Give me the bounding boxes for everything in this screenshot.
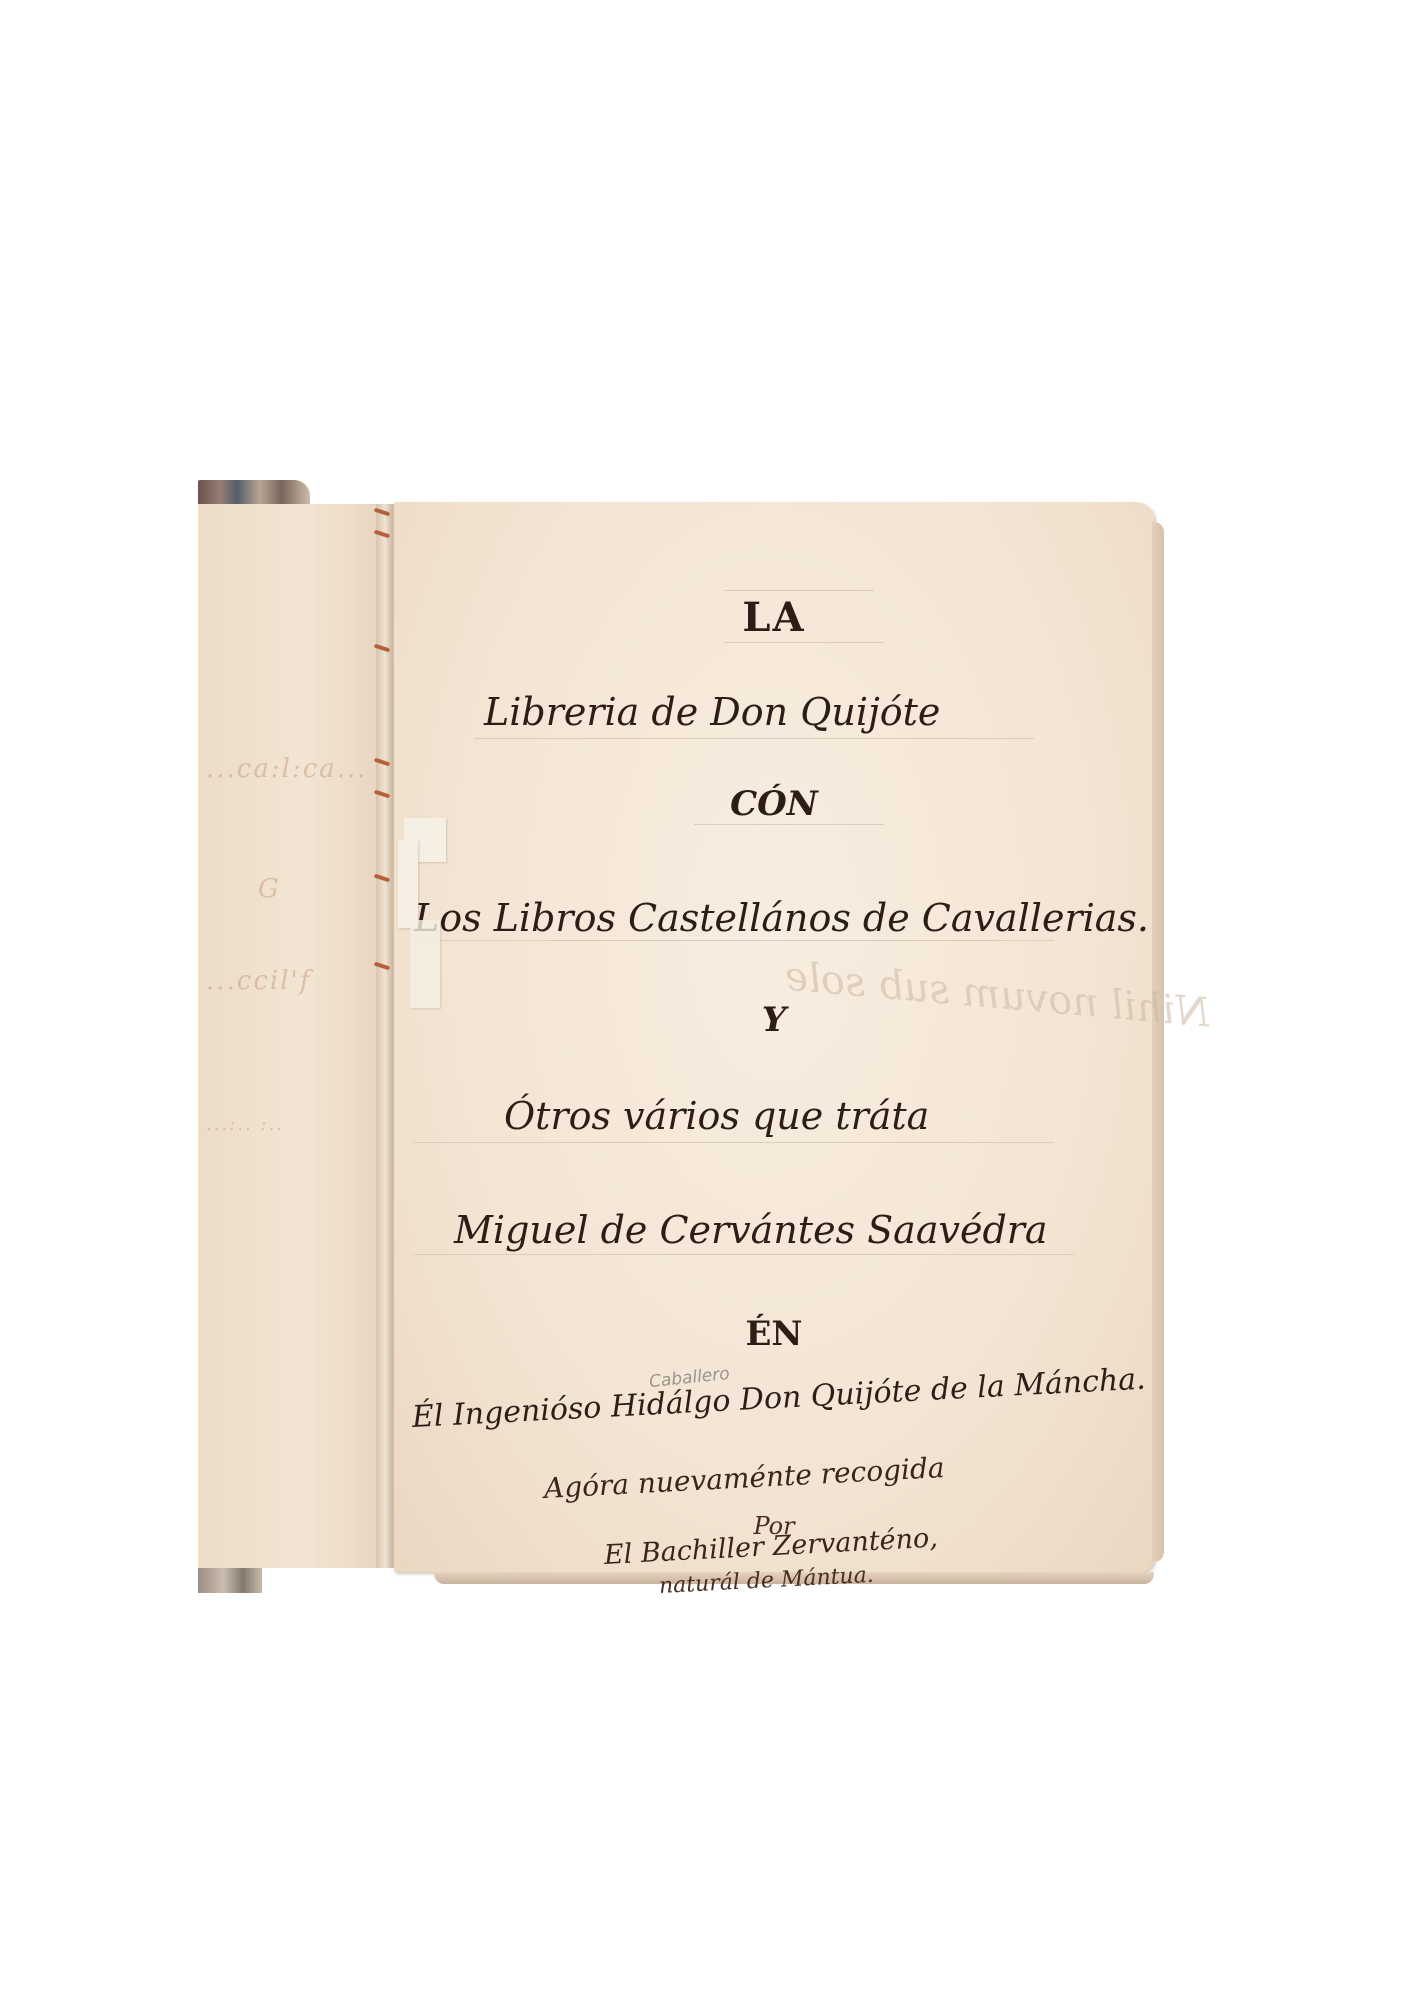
title-con: CÓN	[394, 784, 1154, 824]
faint-mark: G	[258, 874, 281, 904]
title-la: LA	[394, 594, 1154, 641]
manuscript-book: ...ca:l:ca... G ...ccil'f ...:.. :.. Nih…	[198, 480, 1158, 1600]
title-ingenioso-hidalgo: Él Ingenióso Hidálgo Don Quijóte de la M…	[411, 1362, 1146, 1435]
title-y: Y	[394, 1000, 1154, 1040]
torn-paper-strip	[410, 920, 440, 1008]
author-name: Miguel de Cervántes Saavédra	[454, 1208, 1048, 1252]
faint-mark: ...ccil'f	[206, 966, 311, 996]
faint-mark: ...:.. :..	[206, 1114, 284, 1135]
ruling-line	[414, 940, 1054, 941]
compiler-origin: naturál de Mántua.	[658, 1563, 874, 1599]
title-page: Nihil novum sub sole LA Libreria de Don …	[394, 502, 1154, 1572]
title-otros-varios: Ótros vários que tráta	[504, 1094, 929, 1138]
torn-paper-strip	[398, 840, 418, 928]
faint-mark: ...ca:l:ca...	[206, 754, 368, 784]
left-leaf: ...ca:l:ca... G ...ccil'f ...:.. :..	[198, 504, 376, 1568]
page-edge-right	[1152, 522, 1164, 1562]
title-libreria: Libreria de Don Quijóte	[484, 690, 940, 734]
ruling-line	[724, 590, 874, 591]
ruling-line	[474, 738, 1034, 739]
ruling-line	[414, 1142, 1054, 1143]
title-en: ÉN	[394, 1314, 1154, 1354]
title-libros-castellanos: Los Libros Castellános de Cavallerias.	[414, 896, 1149, 940]
ruling-line	[694, 824, 884, 825]
subtitle-agora: Agóra nuevaménte recogida	[543, 1451, 945, 1505]
ruling-line	[414, 1254, 1074, 1255]
ruling-line	[724, 642, 884, 643]
cover-fabric-bottom	[198, 1565, 262, 1593]
